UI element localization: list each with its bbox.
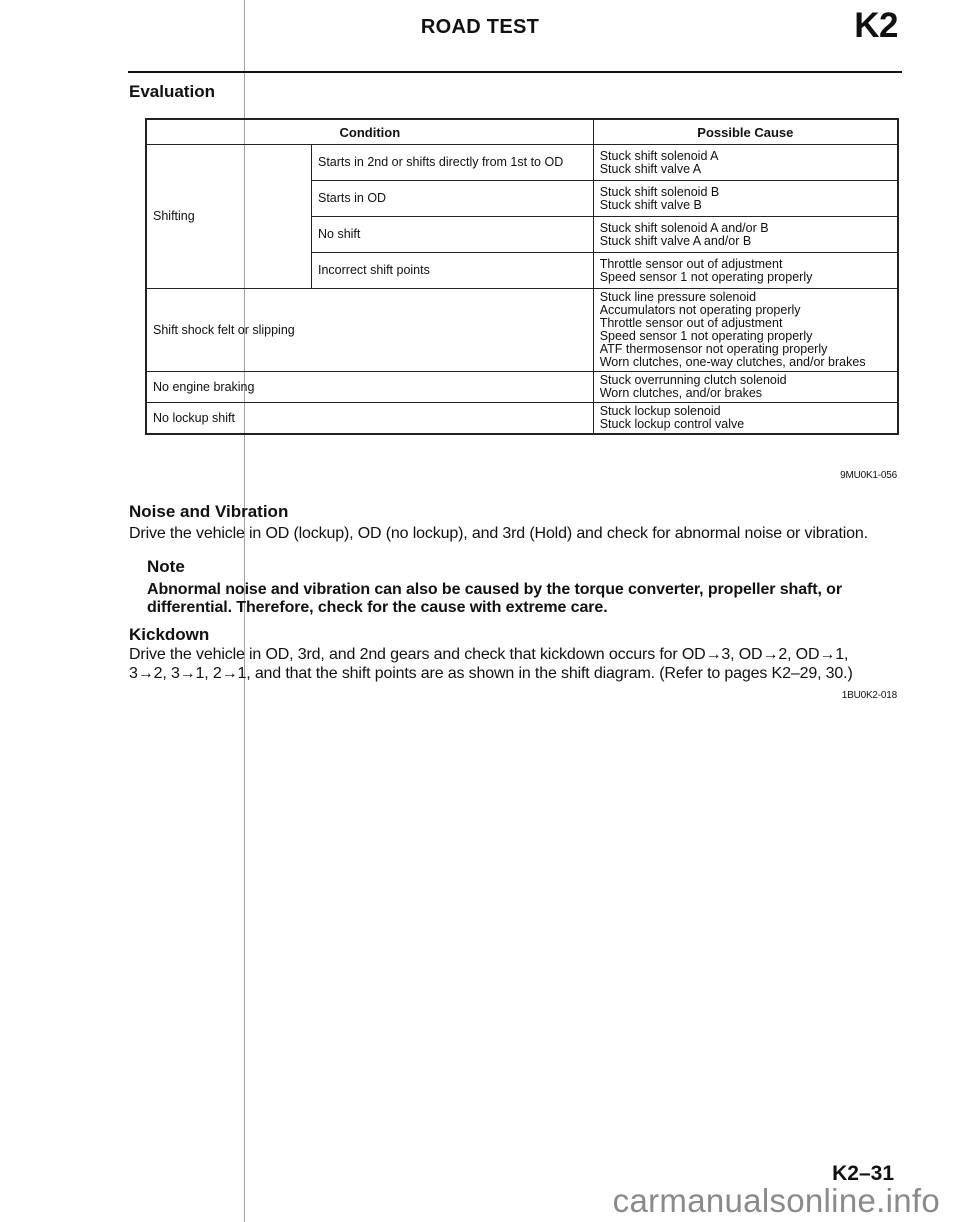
condition-cell: No shift — [312, 217, 594, 253]
possible-cause-cell: Stuck lockup solenoidStuck lockup contro… — [593, 403, 898, 435]
condition-cell: No lockup shift — [146, 403, 593, 435]
figure-code: 1BU0K2-018 — [842, 690, 897, 701]
column-header-condition: Condition — [146, 119, 593, 145]
table-header-row: Condition Possible Cause — [146, 119, 898, 145]
noise-vibration-text: Drive the vehicle in OD (lockup), OD (no… — [129, 524, 868, 543]
possible-cause-cell: Stuck line pressure solenoidAccumulators… — [593, 289, 898, 372]
table-row: No lockup shiftStuck lockup solenoidStuc… — [146, 403, 898, 435]
condition-cell: Incorrect shift points — [312, 253, 594, 289]
page-title: ROAD TEST — [0, 16, 960, 39]
cause-item: Worn clutches, and/or brakes — [600, 387, 891, 400]
watermark: carmanualsonline.info — [613, 1182, 940, 1220]
condition-cell: Starts in OD — [312, 181, 594, 217]
possible-cause-cell: Stuck shift solenoid A and/or BStuck shi… — [593, 217, 898, 253]
cause-item: Stuck shift valve B — [600, 199, 891, 212]
condition-cell: No engine braking — [146, 372, 593, 403]
cause-item: Throttle sensor out of adjustment — [600, 258, 891, 271]
cause-item: Worn clutches, one-way clutches, and/or … — [600, 356, 891, 369]
condition-cell: Shift shock felt or slipping — [146, 289, 593, 372]
cause-item: Stuck shift solenoid B — [600, 186, 891, 199]
table-row: ShiftingStarts in 2nd or shifts directly… — [146, 145, 898, 181]
figure-code: 9MU0K1-056 — [840, 470, 897, 481]
cause-item: Stuck shift solenoid A and/or B — [600, 222, 891, 235]
cause-item: Stuck shift valve A and/or B — [600, 235, 891, 248]
cause-item: Stuck lockup control valve — [600, 418, 891, 431]
table-row: No engine brakingStuck overrunning clutc… — [146, 372, 898, 403]
evaluation-heading: Evaluation — [129, 82, 215, 102]
possible-cause-cell: Stuck shift solenoid BStuck shift valve … — [593, 181, 898, 217]
condition-group-shifting: Shifting — [146, 145, 312, 289]
table-row: Shift shock felt or slippingStuck line p… — [146, 289, 898, 372]
cause-item: Speed sensor 1 not operating properly — [600, 271, 891, 284]
possible-cause-cell: Stuck overrunning clutch solenoidWorn cl… — [593, 372, 898, 403]
noise-vibration-heading: Noise and Vibration — [129, 502, 288, 522]
section-code: K2 — [854, 6, 898, 46]
kickdown-heading: Kickdown — [129, 625, 209, 645]
note-heading: Note — [147, 557, 185, 577]
column-header-possible-cause: Possible Cause — [593, 119, 898, 145]
kickdown-text-line: 3→2, 3→1, 2→1, and that the shift points… — [129, 664, 853, 683]
kickdown-text-line: Drive the vehicle in OD, 3rd, and 2nd ge… — [129, 645, 848, 664]
cause-item: Stuck shift valve A — [600, 163, 891, 176]
condition-cell: Starts in 2nd or shifts directly from 1s… — [312, 145, 594, 181]
note-line: Abnormal noise and vibration can also be… — [147, 580, 842, 599]
header-divider — [128, 71, 902, 73]
possible-cause-cell: Stuck shift solenoid AStuck shift valve … — [593, 145, 898, 181]
note-line: differential. Therefore, check for the c… — [147, 598, 608, 617]
evaluation-table: Condition Possible Cause ShiftingStarts … — [145, 118, 899, 435]
cause-item: Stuck shift solenoid A — [600, 150, 891, 163]
possible-cause-cell: Throttle sensor out of adjustmentSpeed s… — [593, 253, 898, 289]
